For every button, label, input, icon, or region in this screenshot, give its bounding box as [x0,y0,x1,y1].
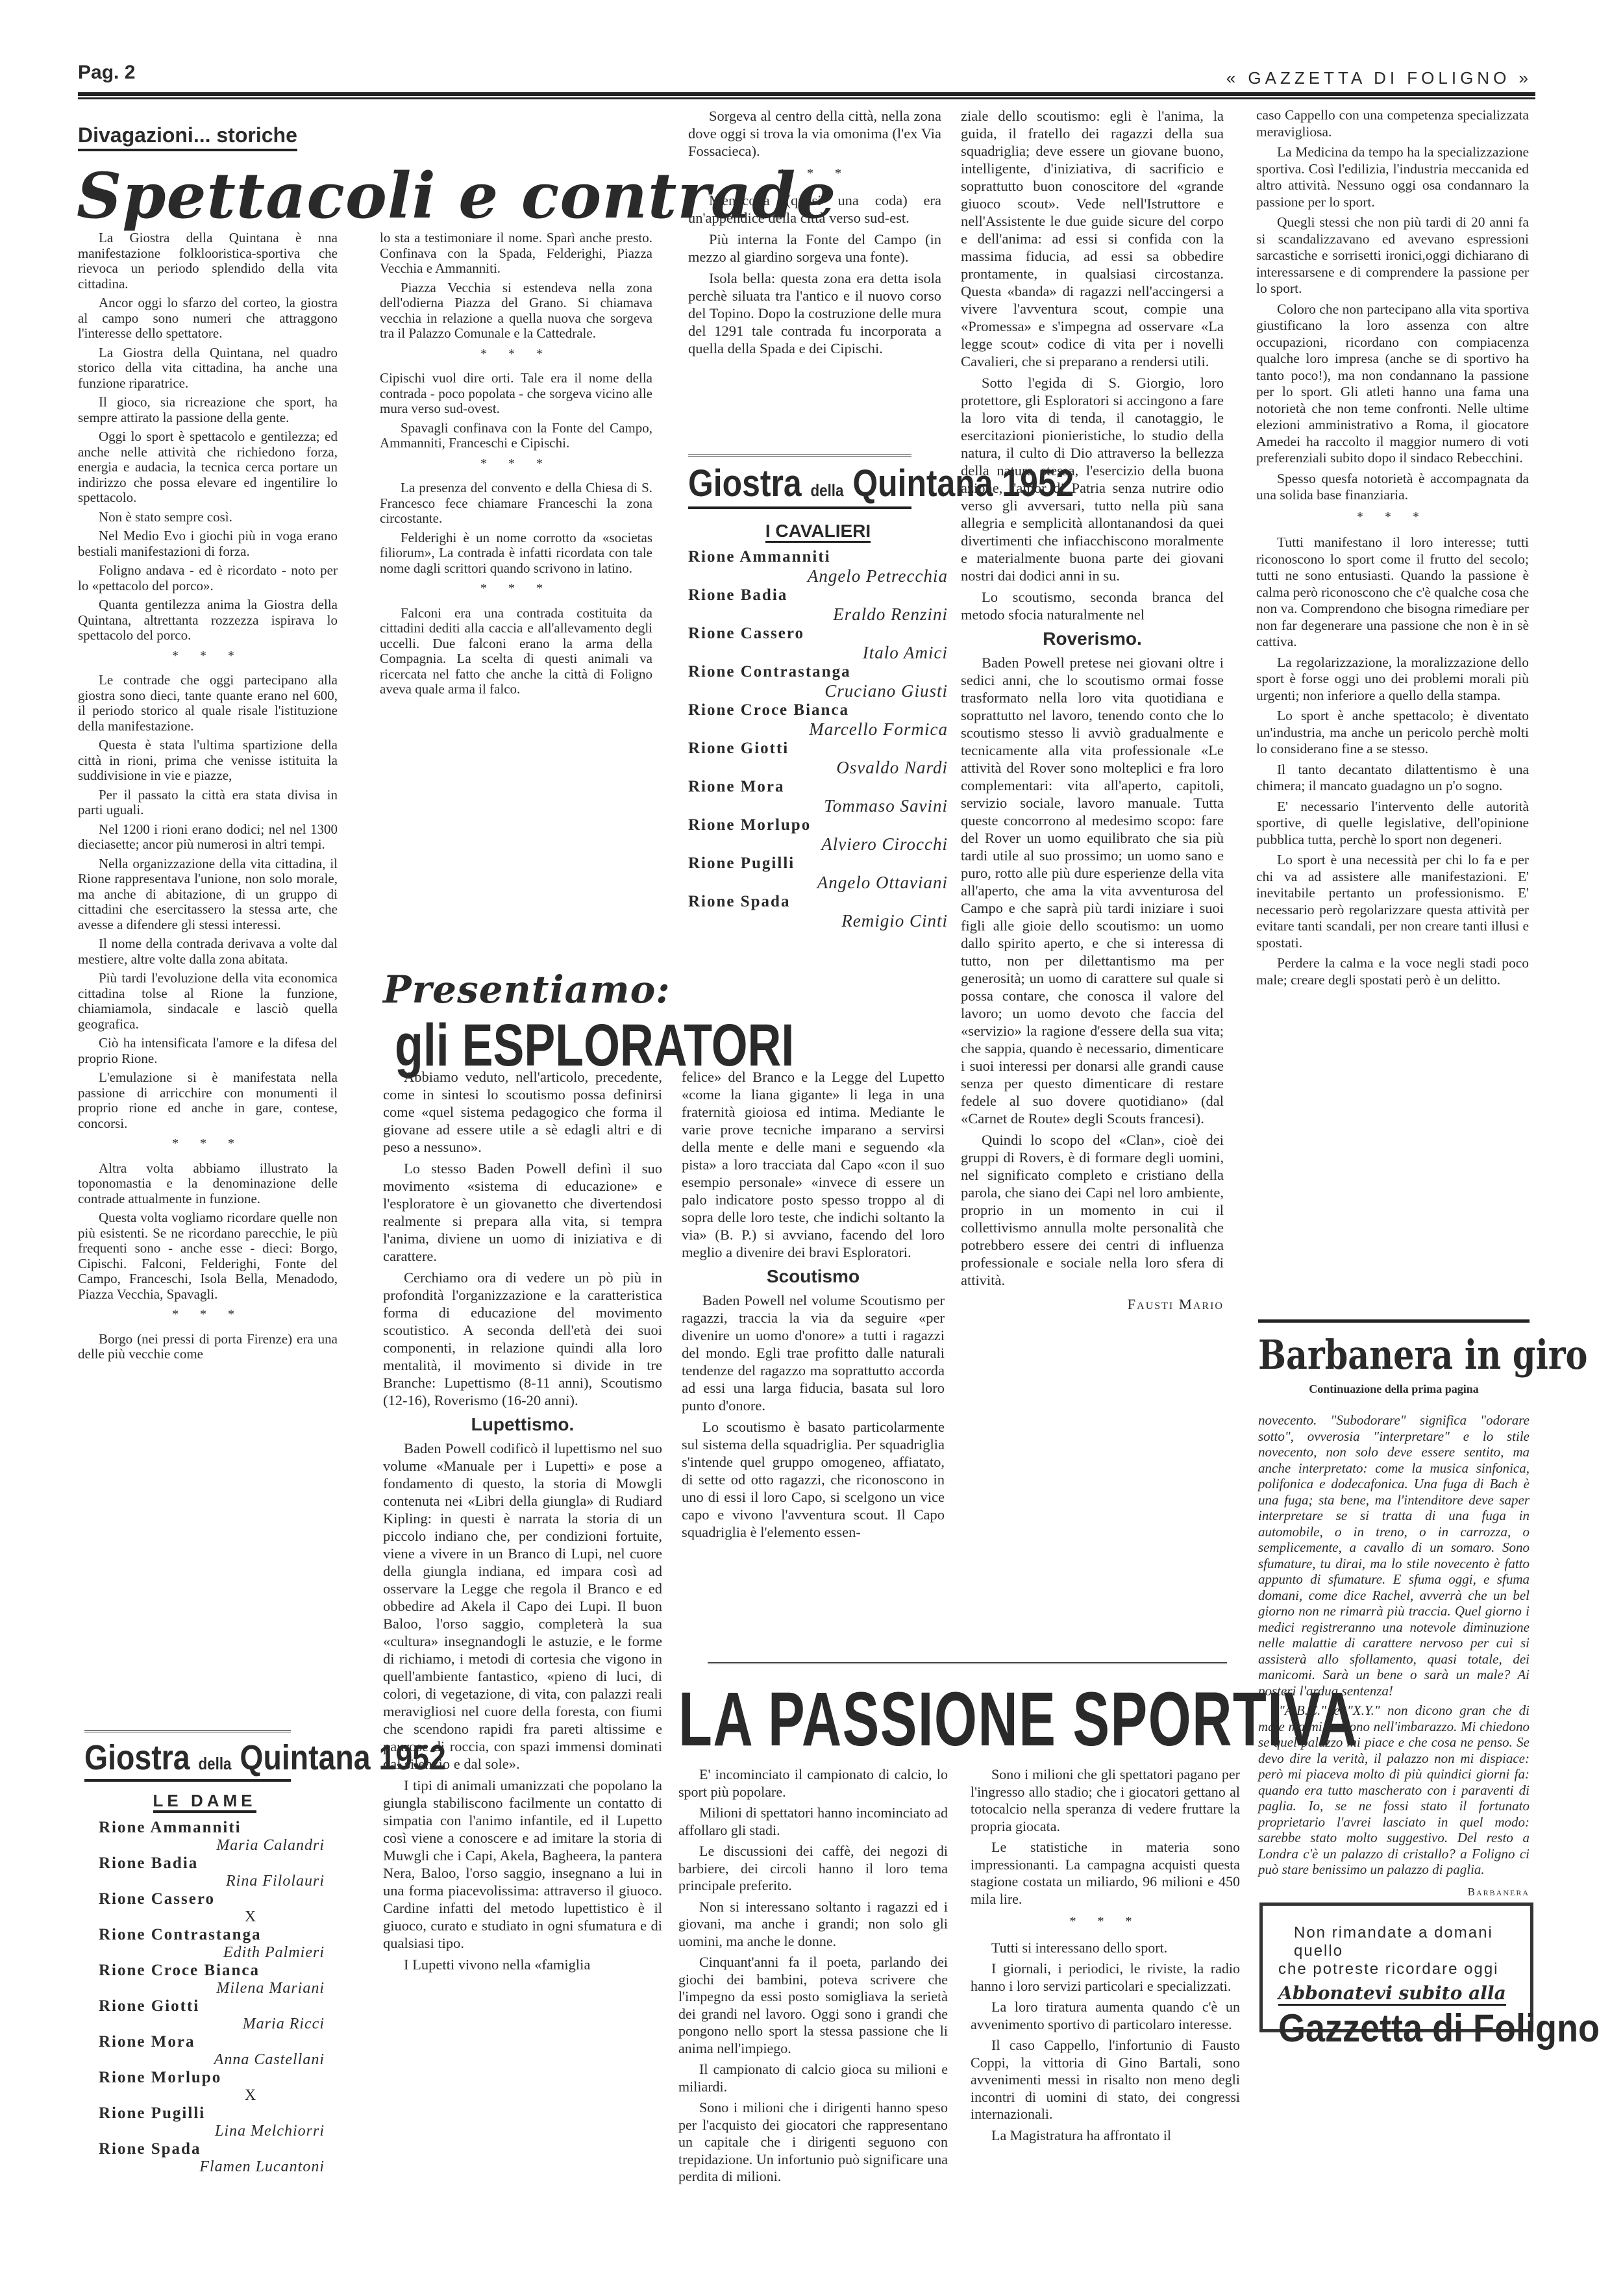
rione-name: Rione Spada [688,893,948,911]
section-divider: * * * [1256,509,1529,526]
paragraph: Perdere la calma e la voce negli stadi p… [1256,955,1529,988]
paragraph: Il gioco, sia ricreazione che sport, ha … [78,395,338,425]
cavaliere-name: Eraldo Renzini [688,605,948,625]
dama-name: Rina Filolauri [99,1873,325,1890]
title-part: Quintana 1952 [240,1738,445,1777]
ad-line-1: Non rimandate a domani quello [1278,1924,1515,1960]
paragraph: Sono i milioni che gli spettatori pagano… [971,1766,1240,1835]
paragraph: Nel 1200 i rioni erano dodici; nel nel 1… [78,822,338,853]
cavaliere-name: Alviero Cirocchi [688,834,948,855]
spettacoli-column-2: lo sta a testimoniare il nome. Sparì anc… [380,231,652,701]
list-item: Rione SpadaRemigio Cinti [688,893,948,931]
paragraph: La presenza del convento e della Chiesa … [380,480,652,527]
rione-name: Rione Pugilli [99,2104,325,2123]
paragraph: La Giostra della Quintana, nel quadro st… [78,345,338,392]
paragraph: Nella organizzazione della vita cittadin… [78,856,338,933]
passione-column-c: caso Cappello con una competenza special… [1256,107,1529,992]
paragraph: Ciò ha intensificata l'amore e la difesa… [78,1036,338,1066]
paragraph: Borgo (nei pressi di porta Firenze) era … [78,1332,338,1362]
paragraph: Oggi lo sport è spettacolo e gentilezza;… [78,429,338,506]
paragraph: Coloro che non partecipano alla vita spo… [1256,301,1529,467]
paragraph: Le statistiche in materia sono impressio… [971,1839,1240,1908]
paragraph: Sorgeva al centro della città, nella zon… [688,107,941,160]
paragraph: felice» del Branco e la Legge del Lupett… [682,1068,945,1261]
rione-name: Rione Ammanniti [99,1819,325,1837]
dame-subtitle: LE DAME [84,1791,325,1811]
rione-name: Rione Contrastanga [99,1926,325,1944]
list-item: Rione ContrastangaCruciano Giusti [688,663,948,701]
dama-name: Maria Calandri [99,1837,325,1854]
cavaliere-name: Angelo Ottaviani [688,873,948,893]
title-part: della [199,1754,232,1773]
paragraph: Questa volta vogliamo ricordare quelle n… [78,1210,338,1302]
paragraph: Falconi era una contrada costituita da c… [380,606,652,697]
list-item: Rione MoraAnna Castellani [99,2033,325,2069]
paragraph: Quegli stessi che non più tardi di 20 an… [1256,214,1529,297]
paragraph: Abbiamo veduto, nell'articolo, precedent… [383,1068,662,1156]
ad-brand: Gazzetta di Foligno [1278,2006,1491,2051]
page-number: Pag. 2 [78,62,135,84]
dama-name: Lina Melchiorri [99,2123,325,2140]
esploratori-column-a: Abbiamo veduto, nell'articolo, precedent… [383,1068,662,1977]
paragraph: I giornali, i periodici, le riviste, la … [971,1960,1240,1995]
paragraph: La Medicina da tempo ha la specializzazi… [1256,144,1529,210]
cavalieri-subtitle: I CAVALIERI [688,521,948,542]
rione-name: Rione Mora [688,778,948,796]
barbanera-subtitle: Continuazione della prima pagina [1258,1382,1530,1396]
section-divider: * * * [78,1136,338,1152]
rione-name: Rione Giotti [99,1997,325,2015]
paragraph: novecento. "Subodorare" significa "odora… [1258,1412,1530,1699]
paragraph: Nel Medio Evo i giochi più in voga erano… [78,529,338,559]
barbanera-title: Barbanera in giro [1258,1331,1481,1379]
barbanera-body: novecento. "Subodorare" significa "odora… [1258,1412,1530,1900]
paragraph: Non si interessano soltanto i ragazzi ed… [678,1899,948,1951]
list-item: Rione BadiaEraldo Renzini [688,586,948,625]
section-divider: * * * [380,581,652,597]
title-part: Giostra [688,462,802,505]
esploratori-column-b: felice» del Branco e la Legge del Lupett… [682,1068,945,1545]
paragraph: I Lupetti vivono nella «famiglia [383,1956,662,1973]
paragraph: Milioni di spettatori hanno incominciato… [678,1804,948,1839]
paragraph: I tipi di animali umanizzati che popolan… [383,1777,662,1952]
paragraph: ziale dello scoutismo: egli è l'anima, l… [961,107,1224,370]
paragraph: E' incominciato il campionato di calcio,… [678,1766,948,1801]
list-item: Rione AmmannitiAngelo Petrecchia [688,548,948,586]
paragraph: Il tanto decantato dilattentismo è una c… [1256,762,1529,795]
rione-name: Rione Contrastanga [688,663,948,681]
paragraph: Lo scoutismo, seconda branca del metodo … [961,588,1224,623]
list-item: Rione PugilliAngelo Ottaviani [688,855,948,893]
section-divider: * * * [688,165,941,182]
header-rule [78,92,1535,99]
paragraph: La Giostra della Quintana è nna manifest… [78,231,338,292]
paragraph: Il nome della contrada derivava a volte … [78,936,338,967]
paragraph: Foligno andava - ed è ricordato - noto p… [78,563,338,593]
section-divider: * * * [78,1307,338,1323]
paragraph: Lo sport è una necessità per chi lo fa e… [1256,852,1529,951]
paragraph: Più tardi l'evoluzione della vita econom… [78,971,338,1032]
dama-name: Anna Castellani [99,2051,325,2069]
rione-name: Rione Ammanniti [688,548,948,566]
rione-name: Rione Morlupo [688,816,948,834]
paragraph: Non è stato sempre così. [78,510,338,525]
rione-name: Rione Spada [99,2140,325,2158]
paragraph: Più interna la Fonte del Campo (in mezzo… [688,231,941,266]
lupettismo-heading: Lupettismo. [383,1416,662,1433]
passione-title: LA PASSIONE SPORTIVA [678,1675,1358,1764]
signature: Fausti Mario [961,1295,1224,1313]
rione-name: Rione Cassero [688,625,948,643]
paragraph: Cerchiamo ora di vedere un pò più in pro… [383,1269,662,1409]
cavaliere-name: Remigio Cinti [688,911,948,931]
paragraph: La Magistratura ha affrontato il [971,2127,1240,2145]
scoutismo-heading: Scoutismo [682,1267,945,1285]
passione-column-a: E' incominciato il campionato di calcio,… [678,1766,948,2190]
article-kicker: Divagazioni... storiche [78,123,297,151]
subtitle-text: I CAVALIERI [765,521,871,543]
paragraph: Tutti si interessano dello sport. [971,1940,1240,1957]
list-item: Rione MoraTommaso Savini [688,778,948,816]
section-rule [708,1662,1227,1664]
subtitle-text: LE DAME [153,1791,256,1813]
paragraph: E' necessario l'intervento delle autorit… [1256,799,1529,849]
list-item: Rione PugilliLina Melchiorri [99,2104,325,2140]
giostra-title: Giostra della Quintana 1952 [84,1730,291,1782]
paragraph: Per il passato la città era stata divisa… [78,788,338,818]
paragraph: lo sta a testimoniare il nome. Sparì anc… [380,231,652,277]
list-item: Rione CasseroItalo Amici [688,625,948,663]
section-divider: * * * [78,649,338,664]
masthead: « GAZZETTA DI FOLIGNO » [1226,68,1532,88]
title-part: della [811,480,844,500]
paragraph: La regolarizzazione, la moralizzazione d… [1256,655,1529,705]
dame-list: Rione AmmannitiMaria Calandri Rione Badi… [84,1819,325,2176]
dama-name: Edith Palmieri [99,1944,325,1962]
section-divider: * * * [971,1913,1240,1930]
section-rule [1258,1319,1530,1323]
list-item: Rione CasseroX [99,1890,325,1926]
rione-name: Rione Cassero [99,1890,325,1908]
rione-name: Rione Mora [99,2033,325,2051]
rione-name: Rione Pugilli [688,855,948,873]
list-item: Rione BadiaRina Filolauri [99,1854,325,1890]
list-item: Rione MorlupoX [99,2069,325,2104]
cavaliere-name: Osvaldo Nardi [688,758,948,778]
paragraph: Lo scoutismo è basato particolarmente su… [682,1418,945,1541]
paragraph: caso Cappello con una competenza special… [1256,107,1529,140]
spettacoli-column-3: Sorgeva al centro della città, nella zon… [688,107,941,361]
list-item: Rione GiottiMaria Ricci [99,1997,325,2033]
paragraph: Altra volta abbiamo illustrato la topono… [78,1161,338,1207]
paragraph: Cinquant'anni fa il poeta, parlando dei … [678,1954,948,2057]
paragraph: Il campionato di calcio gioca su milioni… [678,2061,948,2095]
list-item: Rione SpadaFlamen Lucantoni [99,2140,325,2176]
list-item: Rione Croce BiancaMarcello Formica [688,701,948,740]
list-item: Rione GiottiOsvaldo Nardi [688,740,948,778]
cavaliere-name: Angelo Petrecchia [688,566,948,586]
paragraph: Ancor oggi lo sfarzo del corteo, la gios… [78,295,338,342]
roverismo-heading: Roverismo. [961,630,1224,647]
list-item: Rione AmmannitiMaria Calandri [99,1819,325,1854]
dama-name: Flamen Lucantoni [99,2158,325,2176]
cavaliere-name: Marcello Formica [688,719,948,740]
passione-column-b: Sono i milioni che gli spettatori pagano… [971,1766,1240,2148]
section-divider: * * * [380,456,652,472]
paragraph: Le contrade che oggi partecipano alla gi… [78,673,338,734]
esploratori-banner: Presentiamo: gli ESPLORATORI [383,967,941,1080]
paragraph: Tutti manifestano il loro interesse; tut… [1256,534,1529,651]
banner-script: Presentiamo: [383,967,671,1012]
paragraph: "A.B.C." e "X.Y." non dicono gran che di… [1258,1703,1530,1878]
paragraph: Lo stesso Baden Powell definì il suo mov… [383,1160,662,1265]
paragraph: Quanta gentilezza anima la Giostra della… [78,597,338,643]
signature: Barbanera [1258,1884,1530,1901]
rione-name: Rione Morlupo [99,2069,325,2087]
cavaliere-name: Cruciano Giusti [688,681,948,701]
paragraph: Lo sport è anche spettacolo; è diventato… [1256,708,1529,758]
rione-name: Rione Badia [99,1854,325,1873]
ad-script: Abbonatevi subito alla [1278,1982,1506,2006]
giostra-title: Giostra della Quintana 1952 [688,455,911,509]
paragraph: Le discussioni dei caffè, dei negozi di … [678,1843,948,1895]
paragraph: Piazza Vecchia si estendeva nella zona d… [380,281,652,342]
paragraph: Sotto l'egida di S. Giorgio, loro protet… [961,374,1224,584]
esploratori-column-c: ziale dello scoutismo: egli è l'anima, l… [961,107,1224,1313]
paragraph: Quindi lo scopo del «Clan», cioè dei gru… [961,1131,1224,1289]
barbanera-header: Barbanera in giro Continuazione della pr… [1258,1331,1530,1396]
paragraph: L'emulazione si è manifestata nella pass… [78,1070,338,1131]
list-item: Rione MorlupoAlviero Cirocchi [688,816,948,855]
cavalieri-list: Rione AmmannitiAngelo Petrecchia Rione B… [688,548,948,931]
paragraph: Isola bella: questa zona era detta isola… [688,269,941,357]
rione-name: Rione Croce Bianca [688,701,948,719]
paragraph: Baden Powell pretese nei giovani oltre i… [961,654,1224,1127]
paragraph: Questa è stata l'ultima spartizione dell… [78,738,338,784]
paragraph: Il caso Cappello, l'infortunio di Fausto… [971,2037,1240,2123]
dama-name: X [99,1908,325,1926]
rione-name: Rione Badia [688,586,948,605]
paragraph: Baden Powell nel volume Scoutismo per ra… [682,1291,945,1414]
dama-name: Milena Mariani [99,1980,325,1997]
paragraph: La loro tiratura aumenta quando c'è un a… [971,1999,1240,2033]
paragraph: Baden Powell codificò il lupettismo nel … [383,1440,662,1773]
paragraph: Cipischi vuol dire orti. Tale era il nom… [380,371,652,417]
paragraph: Sono i milioni che i dirigenti hanno spe… [678,2099,948,2186]
paragraph: Spavagli confinava con la Fonte del Camp… [380,421,652,451]
cavaliere-name: Tommaso Savini [688,796,948,816]
paragraph: Menacoda (quasi una coda) era un'appendi… [688,192,941,227]
rione-name: Rione Giotti [688,740,948,758]
title-part: Giostra [84,1738,190,1777]
list-item: Rione Croce BiancaMilena Mariani [99,1962,325,1997]
spettacoli-column-1: La Giostra della Quintana è nna manifest… [78,231,338,1366]
giostra-dame-box: Giostra della Quintana 1952 LE DAME Rion… [84,1730,325,2176]
section-divider: * * * [380,347,652,362]
giostra-cavalieri-box: Giostra della Quintana 1952 I CAVALIERI … [688,455,948,931]
dama-name: Maria Ricci [99,2015,325,2033]
rione-name: Rione Croce Bianca [99,1962,325,1980]
paragraph: Felderighi è un nome corrotto da «societ… [380,530,652,577]
paragraph: Spesso quesfa notorietà è accompagnata d… [1256,471,1529,504]
dama-name: X [99,2087,325,2104]
kicker-text: Divagazioni... storiche [78,123,297,151]
list-item: Rione ContrastangaEdith Palmieri [99,1926,325,1962]
subscription-ad: Non rimandate a domani quello che potres… [1259,1903,1533,2032]
ad-line-2: che potreste ricordare oggi [1278,1960,1515,1978]
cavaliere-name: Italo Amici [688,643,948,663]
